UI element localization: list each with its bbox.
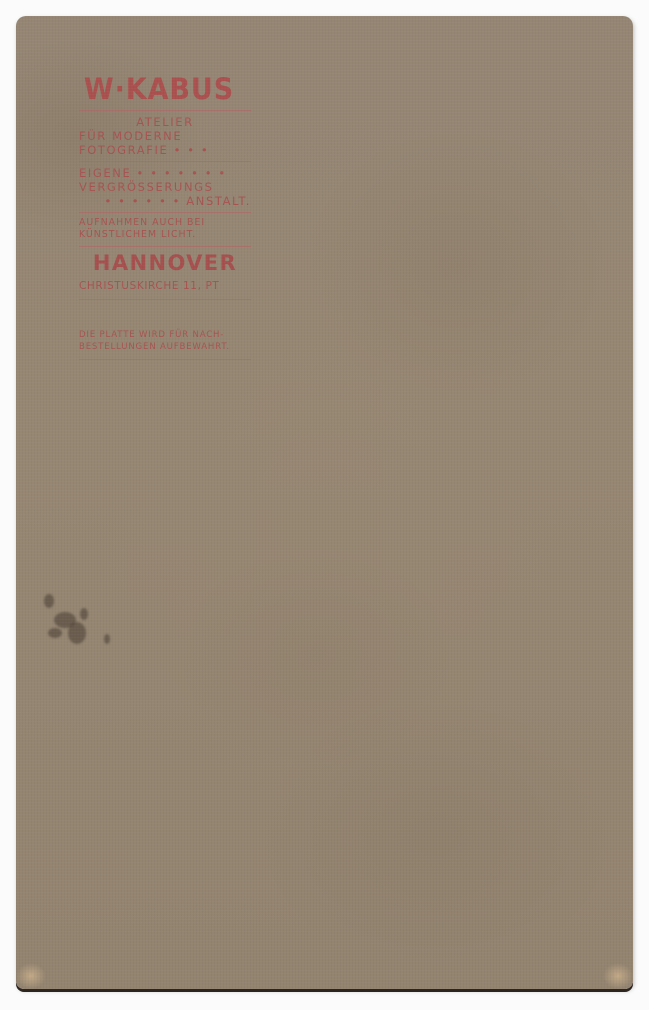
divider [79,212,251,213]
enlargement-line-2: VERGRÖSSERUNGS [79,180,251,194]
photo-card-back: W·KABUS ATELIER FÜR MODERNE FOTOGRAFIE •… [16,16,633,989]
divider [79,299,251,300]
city-name: HANNOVER [79,251,251,275]
divider [79,110,251,111]
divider [79,359,251,360]
enlargement-line-1: EIGENE • • • • • • • [79,166,251,180]
tagline-line-2: FÜR MODERNE [79,129,251,143]
enlargement-line-3: • • • • • • ANSTALT. [79,194,251,208]
studio-address: CHRISTUSKIRCHE 11, PT [79,279,251,293]
worn-corner-bottom-left [16,963,46,989]
studio-name: W·KABUS [79,72,239,106]
divider [79,161,251,162]
notice-line-2: BESTELLUNGEN AUFBEWAHRT. [79,342,251,354]
worn-corner-bottom-right [603,963,633,989]
stain-mark [40,588,120,658]
tagline-line-3: FOTOGRAFIE • • • [79,143,251,157]
light-line-1: AUFNAHMEN AUCH BEI [79,217,251,229]
studio-imprint: W·KABUS ATELIER FÜR MODERNE FOTOGRAFIE •… [79,72,251,360]
notice-line-1: DIE PLATTE WIRD FÜR NACH- [79,330,251,342]
light-line-2: KÜNSTLICHEM LICHT. [79,229,251,241]
divider [79,246,251,247]
tagline-line-1: ATELIER [79,115,251,129]
